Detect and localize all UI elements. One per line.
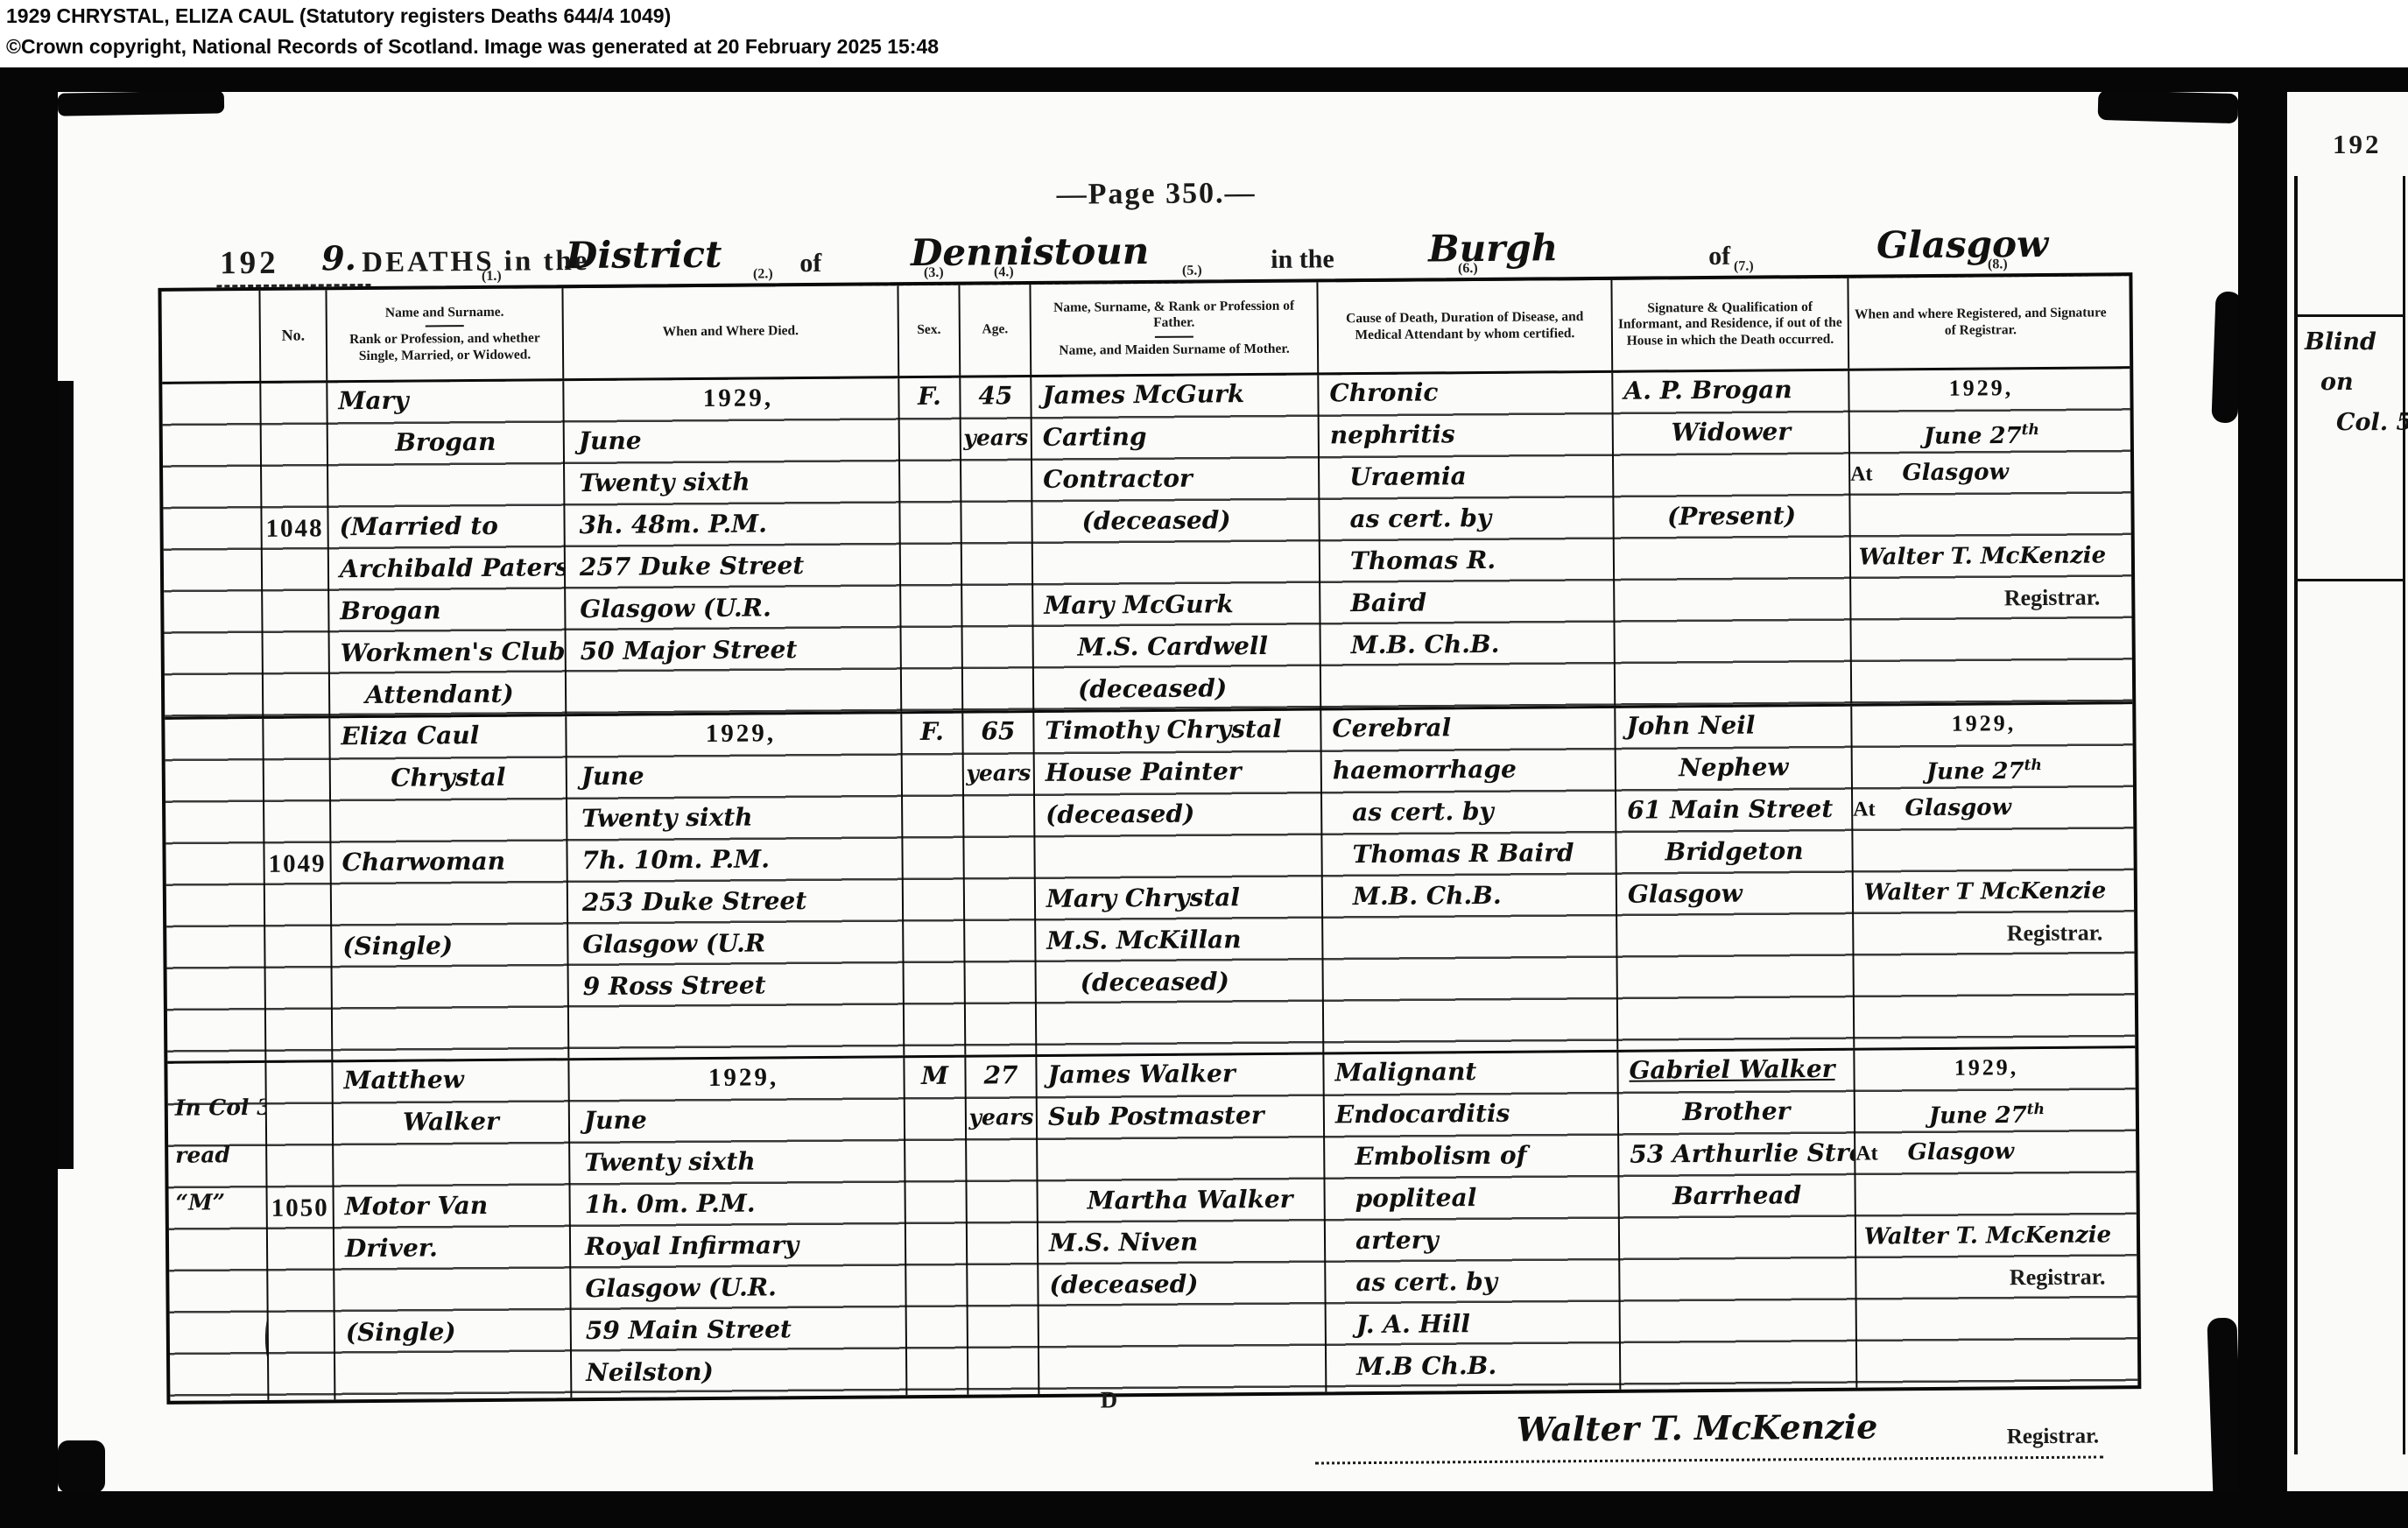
- handwritten-line: Charwoman: [331, 842, 566, 886]
- cell-sex: M: [905, 1058, 968, 1396]
- year-stamp: 1929,: [564, 378, 898, 423]
- year-stamp: 1929,: [1849, 369, 2112, 412]
- handwritten-line: 9 Ross Street: [569, 966, 903, 1010]
- handwritten-line: Baird: [1320, 583, 1613, 628]
- copyright-line: ©Crown copyright, National Records of Sc…: [6, 35, 939, 59]
- handwritten-line: artery: [1326, 1221, 1618, 1265]
- of-label: of: [799, 249, 821, 278]
- header-divider: [1155, 335, 1193, 337]
- year-stamp: 1929,: [567, 714, 900, 758]
- handwritten-line: Brogan: [328, 423, 563, 467]
- signature-rule: [1315, 1455, 2103, 1464]
- handwritten-line: Workmen's Club-: [330, 633, 565, 677]
- viewer-header: 1929 CHRYSTAL, ELIZA CAUL (Statutory reg…: [0, 0, 2408, 67]
- handwritten-line: Driver.: [334, 1229, 569, 1272]
- handwritten-line: Endocarditis: [1325, 1095, 1617, 1139]
- column-number: (5.): [1165, 263, 1218, 278]
- fragment-note-line: Col. 5: [2336, 409, 2408, 436]
- handwritten-line: (deceased): [1032, 501, 1318, 546]
- handwritten-line: 257 Duke Street: [566, 546, 899, 591]
- handwritten-line: M.S. Cardwell: [1034, 627, 1320, 672]
- cell-sex: F.: [899, 378, 963, 712]
- handwritten-line: Walter T. McKenzie: [1851, 537, 2114, 581]
- printed-at-label: At: [1853, 798, 1876, 820]
- entry-number: 1048: [262, 514, 327, 544]
- printed-at-label: At: [1855, 1142, 1878, 1165]
- in-the-label: in the: [1271, 244, 1334, 275]
- header-name-top: Name and Surname.: [385, 305, 504, 321]
- handwritten-line: Gabriel Walker: [1618, 1051, 1853, 1095]
- header-cause: Cause of Death, Duration of Disease, and…: [1318, 280, 1613, 373]
- cell-margin-note: In Col 3read“M”: [167, 1063, 269, 1401]
- cell-died: 1929,JuneTwenty sixth7h. 10m. P.M.253 Du…: [567, 714, 905, 1058]
- handwritten-line: (Married to: [328, 507, 563, 551]
- handwritten-line: Thomas R Baird: [1322, 834, 1615, 879]
- handwritten-line: Malignant: [1324, 1053, 1616, 1097]
- handwritten-line: Walker: [334, 1102, 568, 1146]
- cell-entry-number: 1050: [266, 1062, 335, 1400]
- cell-margin-note: [165, 719, 266, 1061]
- header-age: Age.: [960, 285, 1031, 376]
- handwritten-line: years: [967, 1099, 1036, 1142]
- cell-registered: 1929,June 27thAtGlasgowWalter T McKenzie…: [1852, 704, 2117, 1047]
- handwritten-line: 1h. 0m. P.M.: [571, 1184, 905, 1229]
- handwritten-line: M.B Ch.B.: [1327, 1347, 1619, 1391]
- registrar-printed-label: Registrar.: [1856, 1258, 2119, 1302]
- fragment-note-line: Blind: [2305, 328, 2408, 356]
- cell-parents: James McGurkCartingContractor(deceased)M…: [1031, 375, 1321, 710]
- cell-age: 27years: [966, 1057, 1039, 1395]
- handwritten-line: AtGlasgow: [1850, 453, 2113, 496]
- header-no: No.: [260, 290, 327, 381]
- handwritten-line: June 27th: [1853, 746, 2116, 790]
- cell-margin-note: [162, 384, 264, 717]
- cell-age: 45years: [961, 377, 1034, 711]
- header-died: When and Where Died.: [563, 285, 899, 378]
- handwritten-line: as cert. by: [1326, 1263, 1618, 1307]
- handwritten-line: AtGlasgow: [1853, 788, 2116, 832]
- handwritten-line: M.B. Ch.B.: [1321, 625, 1614, 670]
- handwritten-line: 61 Main Street: [1616, 791, 1851, 834]
- cell-name: Eliza CaulChrystalCharwoman(Single): [330, 716, 569, 1060]
- column-number: (7.): [1717, 258, 1770, 274]
- handwritten-line: (deceased): [1037, 962, 1322, 1007]
- header-registered: When and where Registered, and Signature…: [1848, 276, 2112, 368]
- sheet-letter: D: [1082, 1386, 1135, 1413]
- handwritten-line: [1033, 543, 1319, 588]
- ordinal-suffix: th: [2027, 1101, 2045, 1118]
- table-header: No. Name and Surname. Rank or Profession…: [161, 276, 2130, 384]
- correction-flourish: [242, 1075, 270, 1365]
- handwritten-line: Twenty sixth: [565, 462, 898, 507]
- handwritten-line: 53 Arthurlie Street: [1619, 1135, 1854, 1179]
- cell-cause: Cerebralhaemorrhageas cert. byThomas R B…: [1321, 708, 1618, 1053]
- year-handwritten: 9.: [321, 238, 356, 278]
- cell-died: 1929,JuneTwenty sixth3h. 48m. P.M.257 Du…: [564, 378, 902, 714]
- handwritten-line: 253 Duke Street: [568, 882, 902, 926]
- register-table: No. Name and Surname. Rank or Profession…: [158, 272, 2141, 1405]
- handwritten-line: [332, 884, 567, 928]
- handwritten-line: Cerebral: [1321, 708, 1614, 753]
- handwritten-line: John Neil: [1616, 707, 1850, 750]
- fragment-note-line: on: [2320, 369, 2408, 396]
- register-page: —Page 350.— 192 9. DEATHS in the Distric…: [58, 92, 2238, 1491]
- cell-informant: A. P. BroganWidower(Present): [1613, 371, 1852, 706]
- handwritten-line: Walter T. McKenzie: [1856, 1216, 2119, 1260]
- handwritten-line: Archibald Paterson: [329, 549, 564, 593]
- year-stamp: 1929,: [1852, 704, 2115, 748]
- handwritten-line: as cert. by: [1322, 792, 1615, 837]
- handwritten-line: Brother: [1619, 1093, 1854, 1137]
- handwritten-line: M: [905, 1058, 964, 1101]
- column-number: (1.): [465, 269, 518, 285]
- handwritten-line: Glasgow (U.R.: [566, 588, 899, 633]
- header-parents: Name, Surname, & Rank or Profession of F…: [1031, 282, 1319, 375]
- handwritten-line: Bridgeton: [1616, 833, 1851, 877]
- handwritten-line: (Single): [335, 1313, 570, 1356]
- cell-name: MatthewWalkerMotor VanDriver.(Single): [333, 1060, 572, 1399]
- register-row: 1048MaryBrogan(Married toArchibald Pater…: [162, 369, 2132, 720]
- cell-age: 65years: [963, 713, 1037, 1055]
- header-divider: [426, 325, 464, 327]
- handwritten-line: F.: [902, 714, 961, 757]
- header-parents-bottom: Name, and Maiden Surname of Mother.: [1059, 341, 1289, 358]
- ordinal-suffix: th: [2022, 421, 2039, 439]
- adjacent-page-fragment: 192 BlindonCol. 5: [2287, 92, 2408, 1491]
- column-number: (4.): [977, 264, 1030, 280]
- burgh-name-slot: Glasgow: [1796, 217, 2130, 278]
- handwritten-line: 7h. 10m. P.M.: [567, 840, 901, 884]
- handwritten-line: M.S. Niven: [1039, 1222, 1324, 1267]
- cell-sex: F.: [902, 714, 966, 1056]
- printed-at-label: At: [1850, 462, 1873, 485]
- handwritten-line: years: [964, 755, 1033, 798]
- handwritten-line: Glasgow (U.R: [568, 924, 902, 968]
- handwritten-line: A. P. Brogan: [1613, 371, 1848, 415]
- handwritten-line: M.B. Ch.B.: [1323, 877, 1616, 921]
- handwritten-line: F.: [899, 378, 959, 421]
- column-number: (3.): [907, 265, 960, 281]
- handwritten-line: [1855, 1174, 2118, 1218]
- handwritten-line: [328, 465, 563, 509]
- handwritten-line: Matthew: [333, 1060, 567, 1104]
- handwritten-line: [1038, 1138, 1323, 1183]
- year-printed: 192: [220, 244, 279, 283]
- handwritten-line: Chronic: [1319, 373, 1611, 418]
- handwritten-line: years: [961, 419, 1031, 462]
- entry-number: 1049: [264, 849, 329, 879]
- handwritten-line: 50 Major Street: [567, 630, 900, 675]
- handwritten-line: [1853, 830, 2116, 874]
- handwritten-line: Twenty sixth: [570, 1142, 904, 1186]
- handwritten-line: nephritis: [1320, 415, 1612, 460]
- handwritten-line: June 27th: [1855, 1090, 2118, 1134]
- header-parents-top: Name, Surname, & Rank or Profession of F…: [1036, 299, 1313, 333]
- handwritten-line: June: [567, 756, 901, 800]
- register-rows: 1048MaryBrogan(Married toArchibald Pater…: [162, 369, 2137, 1401]
- handwritten-line: Uraemia: [1320, 457, 1612, 502]
- handwritten-line: haemorrhage: [1322, 750, 1615, 795]
- entry-number: 1050: [268, 1194, 333, 1223]
- handwritten-line: June 27th: [1850, 411, 2113, 454]
- handwritten-line: 45: [961, 377, 1030, 420]
- handwritten-line: Contractor: [1032, 459, 1318, 503]
- handwritten-line: Neilston): [572, 1352, 905, 1397]
- fragment-rule: [2294, 579, 2405, 581]
- handwritten-line: Mary McGurk: [1033, 585, 1319, 630]
- handwritten-line: [331, 800, 566, 844]
- handwritten-line: M.S. McKillan: [1036, 920, 1321, 965]
- handwritten-line: Walter T McKenzie: [1854, 872, 2116, 916]
- handwritten-line: [1035, 836, 1320, 881]
- handwritten-line: June: [565, 420, 898, 465]
- handwritten-line: James Walker: [1037, 1054, 1322, 1099]
- header-name: Name and Surname. Rank or Profession, an…: [327, 288, 564, 380]
- handwritten-line: Eliza Caul: [330, 716, 565, 760]
- handwritten-line: J. A. Hill: [1327, 1305, 1619, 1349]
- register-row: 1049Eliza CaulChrystalCharwoman(Single)1…: [165, 704, 2135, 1064]
- handwritten-line: Motor Van: [334, 1186, 569, 1230]
- handwritten-line: Glasgow: [1617, 875, 1852, 919]
- cell-registered: 1929,June 27thAtGlasgowWalter T. McKenzi…: [1849, 369, 2115, 703]
- register-row: In Col 3read“M”1050MatthewWalkerMotor Va…: [167, 1048, 2137, 1401]
- handwritten-line: Carting: [1032, 417, 1318, 461]
- header-margin: [161, 291, 261, 382]
- handwritten-line: 59 Main Street: [572, 1310, 905, 1355]
- district-label: District: [566, 233, 722, 277]
- handwritten-line: [1614, 455, 1848, 499]
- year-stamp: 1929,: [1855, 1048, 2117, 1092]
- handwritten-line: Glasgow (U.R.: [571, 1268, 905, 1313]
- registrar-label: Registrar.: [2007, 1424, 2100, 1449]
- handwritten-text: Glasgow: [1905, 794, 2011, 821]
- handwritten-line: Sub Postmaster: [1038, 1096, 1323, 1141]
- page-content: —Page 350.— 192 9. DEATHS in the Distric…: [58, 92, 2238, 1491]
- handwritten-line: Chrystal: [331, 758, 566, 802]
- district-slot: District: [512, 228, 776, 288]
- cell-cause: ChronicnephritisUraemiaas cert. byThomas…: [1319, 373, 1616, 708]
- handwritten-line: Timothy Chrystal: [1034, 710, 1320, 755]
- fragment-rule: [2294, 314, 2405, 317]
- handwritten-line: [334, 1271, 569, 1314]
- fragment-year: 192: [2333, 129, 2382, 160]
- handwritten-line: Widower: [1614, 413, 1848, 457]
- column-number: (6.): [1441, 261, 1494, 277]
- cell-name: MaryBrogan(Married toArchibald PatersonB…: [327, 381, 567, 715]
- registrar-printed-label: Registrar.: [1851, 579, 2114, 623]
- handwritten-line: (Single): [332, 926, 567, 970]
- handwritten-line: popliteal: [1325, 1179, 1617, 1223]
- cell-parents: James WalkerSub PostmasterMartha WalkerM…: [1037, 1054, 1327, 1394]
- handwritten-line: as cert. by: [1320, 499, 1612, 544]
- cell-cause: MalignantEndocarditisEmbolism ofpoplitea…: [1324, 1053, 1621, 1392]
- handwritten-line: Twenty sixth: [567, 798, 901, 842]
- cell-registered: 1929,June 27thAtGlasgowWalter T. McKenzi…: [1855, 1048, 2120, 1387]
- scanned-image: —Page 350.— 192 9. DEATHS in the Distric…: [0, 67, 2408, 1528]
- header-informant: Signature & Qualification of Informant, …: [1612, 278, 1849, 370]
- handwritten-line: (deceased): [1039, 1264, 1324, 1309]
- handwritten-line: (Present): [1614, 497, 1848, 541]
- handwritten-line: 27: [966, 1057, 1035, 1100]
- handwritten-line: Mary Chrystal: [1036, 878, 1321, 923]
- handwritten-text: Glasgow: [1902, 459, 2009, 486]
- cell-parents: Timothy ChrystalHouse Painter(deceased)M…: [1034, 710, 1324, 1054]
- ordinal-suffix: th: [2024, 757, 2042, 774]
- handwritten-line: Nephew: [1616, 749, 1851, 792]
- cell-informant: John NeilNephew61 Main StreetBridgetonGl…: [1616, 707, 1855, 1050]
- cell-entry-number: 1049: [264, 718, 333, 1060]
- handwritten-text: Glasgow: [1907, 1138, 2014, 1165]
- cell-entry-number: 1048: [261, 383, 330, 716]
- handwritten-line: [1850, 495, 2113, 539]
- handwritten-line: 65: [963, 713, 1032, 756]
- cell-informant: Gabriel WalkerBrother53 Arthurlie Street…: [1618, 1051, 1857, 1390]
- fragment-border: [2294, 176, 2298, 1454]
- handwritten-line: (deceased): [1034, 669, 1320, 710]
- handwritten-line: 3h. 48m. P.M.: [565, 504, 898, 549]
- handwritten-line: Barrhead: [1619, 1177, 1854, 1221]
- fragment-border: [2403, 176, 2405, 1454]
- header-name-bottom: Rank or Profession, and whether Single, …: [332, 331, 558, 365]
- year-stamp: 1929,: [569, 1058, 903, 1102]
- handwritten-line: June: [570, 1100, 904, 1144]
- handwritten-line: Attendant): [330, 675, 565, 715]
- header-sex: Sex.: [898, 285, 961, 377]
- handwritten-line: James McGurk: [1031, 375, 1317, 419]
- handwritten-line: Thomas R.: [1320, 541, 1613, 586]
- handwritten-line: (deceased): [1035, 794, 1320, 839]
- registrar-signature: Walter T. McKenzie: [1517, 1406, 1878, 1448]
- handwritten-line: Martha Walker: [1038, 1180, 1323, 1225]
- record-title: 1929 CHRYSTAL, ELIZA CAUL (Statutory reg…: [6, 4, 671, 28]
- handwritten-line: Embolism of: [1325, 1137, 1617, 1181]
- registrar-printed-label: Registrar.: [1854, 914, 2116, 958]
- handwritten-line: Mary: [327, 381, 562, 425]
- column-number: (2.): [736, 266, 789, 282]
- handwritten-line: House Painter: [1035, 752, 1320, 797]
- cell-died: 1929,JuneTwenty sixth1h. 0m. P.M.Royal I…: [569, 1058, 907, 1398]
- handwritten-line: AtGlasgow: [1855, 1132, 2118, 1176]
- handwritten-line: Royal Infirmary: [571, 1226, 905, 1271]
- handwritten-line: [334, 1144, 568, 1188]
- handwritten-line: Brogan: [329, 591, 564, 635]
- column-number: (8.): [1971, 257, 2024, 272]
